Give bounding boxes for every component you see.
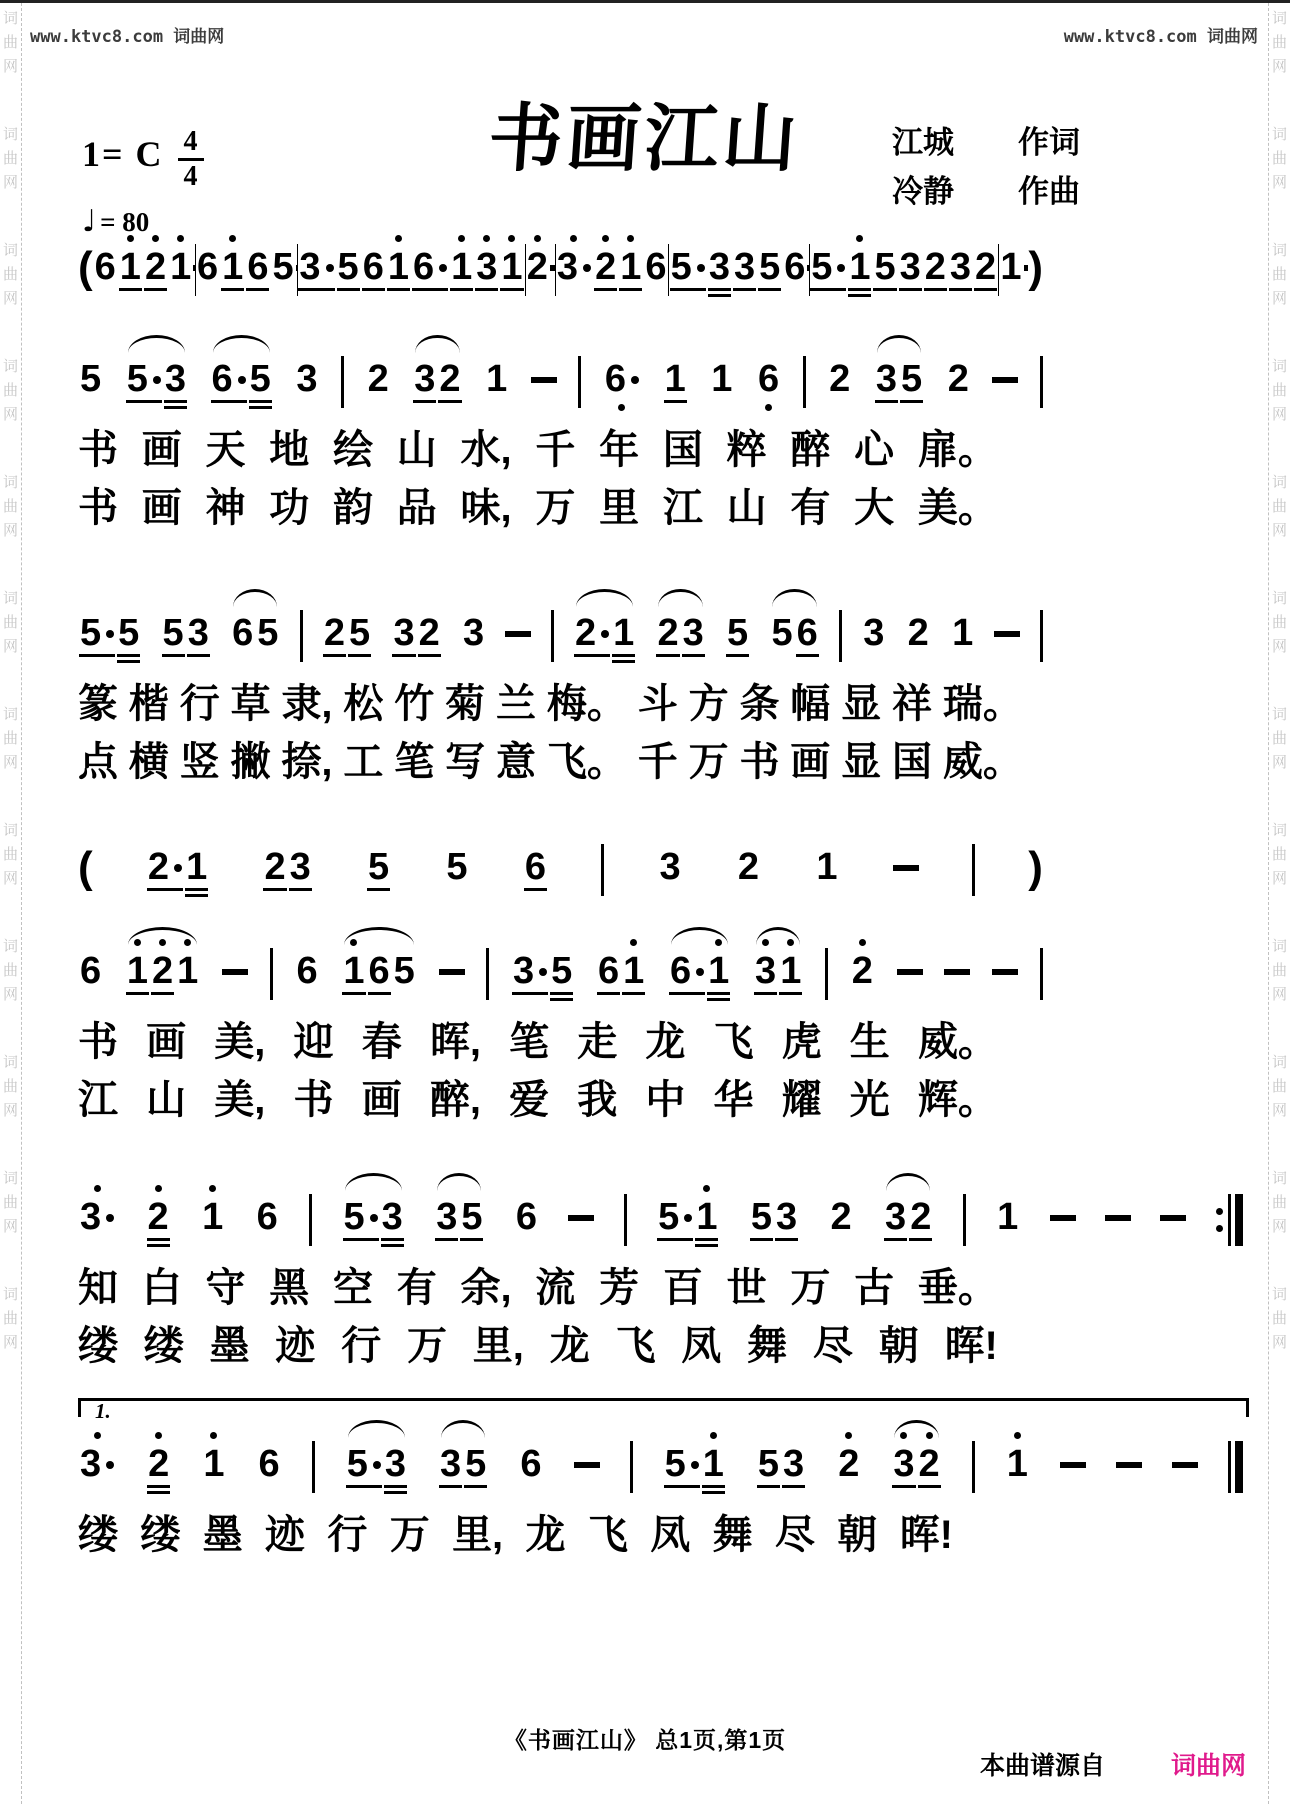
octave-dot-above xyxy=(499,235,524,242)
augmentation-dot xyxy=(837,264,845,272)
watermark-char: 词 xyxy=(1269,1167,1290,1191)
lyric-syllable: 舞 xyxy=(713,1511,753,1559)
watermark-char: 曲 xyxy=(1269,147,1290,171)
slurred-note-group: 65 xyxy=(230,614,280,652)
slurred-note-group: 32 xyxy=(891,1445,941,1483)
first-ending-bracket: 1. xyxy=(78,1398,1249,1417)
note-digit: 1 xyxy=(177,952,198,990)
lyric-syllable: 晖! xyxy=(944,1322,997,1370)
octave-dot-above xyxy=(146,1432,171,1439)
note-digit: 5 xyxy=(250,360,271,398)
watermark-char: 网 xyxy=(0,403,21,427)
watermark-text: 词曲网 xyxy=(0,1167,21,1239)
eighth-underline xyxy=(147,888,183,891)
score-body: (6121616535616131232165335651532321)5536… xyxy=(78,222,1250,1569)
lyric-syllable: 白 xyxy=(142,1264,182,1312)
lyric-syllable: 缕 xyxy=(78,1511,118,1559)
eighth-underline xyxy=(726,654,749,657)
lyrics-line-v3l1: 书画美,迎春晖,笔走龙飞虎生威。 xyxy=(78,1018,998,1066)
note-digit: 6 xyxy=(516,1198,537,1236)
augmentation-dot xyxy=(238,376,246,384)
lyric-syllable: 缕 xyxy=(140,1511,180,1559)
note-digit: 1 xyxy=(952,614,973,652)
meter-denominator: 4 xyxy=(184,163,198,191)
augmentation-dot xyxy=(539,968,547,976)
note-3: 3 xyxy=(861,614,886,652)
sixteenth-underline xyxy=(384,1491,407,1494)
lyric-syllable: 空 xyxy=(333,1264,373,1312)
watermark-char: 词 xyxy=(1269,123,1290,147)
watermark-char: 网 xyxy=(1269,55,1290,79)
note-5: 5 xyxy=(161,614,186,652)
note-6: 6 xyxy=(93,248,118,286)
dot xyxy=(1216,1225,1223,1232)
watermark-char: 词 xyxy=(0,7,21,31)
octave-dot-above xyxy=(891,1432,916,1439)
repeat-end-barline xyxy=(1216,1194,1243,1246)
eighth-underline xyxy=(974,288,997,291)
slur-arc xyxy=(576,589,633,607)
octave-dot-above xyxy=(850,939,875,946)
dot xyxy=(127,235,134,242)
watermark-char: 曲 xyxy=(1269,263,1290,287)
note-digit: 2 xyxy=(657,614,678,652)
note-1: 1 xyxy=(175,952,200,990)
dot xyxy=(703,1185,710,1192)
note-digit: 3 xyxy=(876,360,897,398)
sixteenth-underline xyxy=(185,894,208,897)
note-5: 5 xyxy=(125,360,163,398)
header-watermark-left: www.ktvc8.com 词曲网 xyxy=(30,22,224,47)
sixteenth-underline xyxy=(550,998,573,1001)
dot xyxy=(395,235,402,242)
watermark-char: 词 xyxy=(0,819,21,843)
lyric-syllable: 守 xyxy=(206,1264,246,1312)
lyric-syllable: 工 xyxy=(343,738,383,786)
note-3: 3 xyxy=(474,248,499,286)
dot xyxy=(627,235,634,242)
watermark-text: 词曲网 xyxy=(1269,1167,1290,1239)
watermark-char: 词 xyxy=(1269,471,1290,495)
note-6: 6 xyxy=(514,1198,539,1236)
eighth-underline xyxy=(348,654,371,657)
note-digit: 3 xyxy=(165,360,186,398)
beamed-note-group: 23 xyxy=(262,848,312,886)
music-line-intro: (6121616535616131232165335651532321) xyxy=(78,222,1043,310)
note-digit: 6 xyxy=(797,614,818,652)
eighth-underline xyxy=(435,1238,458,1241)
note-5: 5 xyxy=(756,1445,781,1483)
lyric-syllable: 意 xyxy=(496,738,536,786)
watermark-char: 曲 xyxy=(1269,1191,1290,1215)
thick-bar xyxy=(1235,1194,1243,1246)
watermark-text: 词曲网 xyxy=(1269,819,1290,891)
note-digit: 1 xyxy=(170,248,191,286)
lyric-syllable: 醉 xyxy=(790,426,830,474)
watermark-char: 曲 xyxy=(1269,379,1290,403)
lyric-syllable: 万 xyxy=(535,484,575,532)
watermark-text: 词曲网 xyxy=(1269,703,1290,775)
note-digit: 3 xyxy=(80,1445,101,1483)
note-6: 6 xyxy=(795,614,820,652)
lyric-syllable: 里, xyxy=(452,1511,503,1559)
note-digit: 2 xyxy=(925,248,946,286)
lyric-syllable: 竹 xyxy=(394,680,434,728)
lyric-syllable: 光 xyxy=(850,1076,890,1124)
note-1: 1 xyxy=(449,248,474,286)
watermark-text: 词曲网 xyxy=(0,471,21,543)
watermark-text: 词曲网 xyxy=(0,123,21,195)
eighth-underline xyxy=(924,288,947,291)
note-digit: 6 xyxy=(80,952,101,990)
note-digit: 3 xyxy=(290,848,311,886)
music-line-v2: 555365253232123556321 xyxy=(78,588,1043,676)
dot xyxy=(458,235,465,242)
barline xyxy=(1040,610,1043,662)
note-3: 3 xyxy=(774,1198,799,1236)
lyric-syllable: 竖 xyxy=(180,738,220,786)
slurred-note-group: 53 xyxy=(125,360,188,398)
note-2: 2 xyxy=(366,360,391,398)
beamed-note-group: 35616131 xyxy=(297,248,524,286)
note-3: 3 xyxy=(681,614,706,652)
music-line-vt: 32165335651532321 xyxy=(78,1419,1243,1507)
beamed-note-group: 53 xyxy=(161,614,211,652)
slurred-note-group: 32 xyxy=(412,360,462,398)
dot xyxy=(602,235,609,242)
note-1: 1 xyxy=(341,952,366,990)
note-digit: 5 xyxy=(394,952,415,990)
note-digit: 6 xyxy=(758,360,779,398)
note-digit: 1 xyxy=(203,1445,224,1483)
eighth-underline xyxy=(757,1485,780,1488)
note-digit: 1 xyxy=(696,1198,717,1236)
note-3: 3 xyxy=(891,1445,916,1483)
barline xyxy=(825,948,828,1000)
note-2: 2 xyxy=(146,1198,171,1236)
dot xyxy=(762,939,769,946)
note-digit: 5 xyxy=(80,614,101,652)
watermark-char: 曲 xyxy=(0,727,21,751)
note-3: 3 xyxy=(288,848,313,886)
octave-dot-above xyxy=(175,939,200,946)
dot xyxy=(845,1432,852,1439)
watermark-char: 曲 xyxy=(1269,1307,1290,1331)
dot xyxy=(710,1432,717,1439)
lyric-syllable: 画 xyxy=(362,1076,402,1124)
lyric-syllable: 万 xyxy=(689,738,729,786)
lyric-syllable: 飞 xyxy=(588,1511,628,1559)
eighth-underline xyxy=(682,654,705,657)
lyric-syllable: 朝 xyxy=(837,1511,877,1559)
lyric-syllable: 幅 xyxy=(790,680,830,728)
open-paren: ( xyxy=(78,248,93,288)
note-6: 6 xyxy=(257,1445,282,1483)
eighth-underline xyxy=(384,1485,407,1488)
lyric-syllable: 条 xyxy=(739,680,779,728)
note-digit: 1 xyxy=(997,1198,1018,1236)
eighth-underline xyxy=(144,288,167,291)
sixteenth-underline xyxy=(381,1244,404,1247)
note-3: 3 xyxy=(78,1198,116,1236)
augmentation-dot xyxy=(439,264,447,272)
note-digit: 1 xyxy=(186,848,207,886)
watermark-text: 词曲网 xyxy=(0,355,21,427)
dot xyxy=(177,235,184,242)
watermark-text: 词曲网 xyxy=(1269,7,1290,79)
note-digit: 3 xyxy=(513,952,534,990)
note-digit: 3 xyxy=(80,1198,101,1236)
sixteenth-underline xyxy=(147,1244,170,1247)
continuation-dash xyxy=(1160,1215,1186,1221)
note-6: 6 xyxy=(245,248,270,286)
note-5: 5 xyxy=(809,248,847,286)
note-3: 3 xyxy=(412,360,437,398)
note-2: 2 xyxy=(150,952,175,990)
continuation-dash xyxy=(992,377,1018,383)
lyric-syllable: 晖, xyxy=(430,1018,481,1066)
beamed-note-group: 35 xyxy=(511,952,574,990)
lyric-syllable: 醉, xyxy=(430,1076,481,1124)
dot xyxy=(152,235,159,242)
slur-arc xyxy=(772,589,816,607)
eighth-underline xyxy=(848,288,871,291)
lyric-syllable: 飞 xyxy=(616,1322,656,1370)
eighth-underline xyxy=(438,400,461,403)
note-digit: 2 xyxy=(738,848,759,886)
watermark-text: 词曲网 xyxy=(1269,239,1290,311)
note-digit: 1 xyxy=(1007,1445,1028,1483)
watermark-char: 曲 xyxy=(1269,959,1290,983)
lyric-syllable: 知 xyxy=(78,1264,118,1312)
lyric-syllable: 美, xyxy=(214,1018,265,1066)
lyric-syllable: 韵 xyxy=(333,484,373,532)
dot xyxy=(1216,1208,1223,1215)
lyric-syllable: 书 xyxy=(78,484,118,532)
lyric-syllable: 爱 xyxy=(509,1076,549,1124)
note-digit: 5 xyxy=(465,1445,486,1483)
octave-dot-above xyxy=(593,235,618,242)
note-6: 6 xyxy=(643,248,668,286)
eighth-underline xyxy=(810,288,846,291)
dot xyxy=(209,1185,216,1192)
eighth-underline xyxy=(460,1238,483,1241)
eighth-underline xyxy=(574,654,610,657)
eighth-underline xyxy=(342,992,365,995)
note-digit: 6 xyxy=(363,248,384,286)
slurred-note-group: 53 xyxy=(342,1198,405,1236)
slurred-note-group: 165 xyxy=(341,952,416,990)
lyric-syllable: 里 xyxy=(599,484,639,532)
lyrics-line-v2l2: 点横竖撇捺,工笔写意飞。千万书画显国威。 xyxy=(78,738,1023,786)
slurred-note-group: 21 xyxy=(573,614,636,652)
watermark-text: 词曲网 xyxy=(1269,471,1290,543)
note-1: 1 xyxy=(386,248,411,286)
note-digit: 2 xyxy=(145,248,166,286)
note-1: 1 xyxy=(814,848,839,886)
augmentation-dot xyxy=(106,1214,114,1222)
note-5: 5 xyxy=(663,1445,701,1483)
augmentation-dot xyxy=(697,264,705,272)
octave-dot-above xyxy=(143,235,168,242)
lyric-syllable: 菊 xyxy=(445,680,485,728)
note-6: 6 xyxy=(367,952,392,990)
watermark-char: 词 xyxy=(1269,355,1290,379)
eighth-underline xyxy=(669,992,705,995)
lyric-syllable: 流 xyxy=(535,1264,575,1312)
note-digit: 3 xyxy=(660,848,681,886)
barline xyxy=(551,610,554,662)
lyric-syllable: 笔 xyxy=(509,1018,549,1066)
lyric-syllable: 山 xyxy=(397,426,437,474)
watermark-char: 曲 xyxy=(0,495,21,519)
continuation-dash xyxy=(1172,1462,1198,1468)
eighth-underline xyxy=(289,888,312,891)
source-brand: 词曲网 xyxy=(1171,1746,1246,1782)
lyric-syllable: 黑 xyxy=(269,1264,309,1312)
watermark-char: 网 xyxy=(1269,171,1290,195)
watermark-text: 词曲网 xyxy=(1269,935,1290,1007)
lyric-syllable: 品 xyxy=(397,484,437,532)
note-1: 1 xyxy=(499,248,524,286)
note-5: 5 xyxy=(270,248,295,286)
watermark-char: 词 xyxy=(1269,819,1290,843)
continuation-dash xyxy=(1105,1215,1131,1221)
eighth-underline xyxy=(657,1238,693,1241)
eighth-underline xyxy=(119,288,142,291)
eighth-underline xyxy=(707,992,730,995)
lyric-syllable: 飞 xyxy=(714,1018,754,1066)
watermark-char: 网 xyxy=(0,635,21,659)
lyric-syllable: 显 xyxy=(841,738,881,786)
composer-role: 作曲 xyxy=(1018,167,1080,216)
lyric-syllable: 美。 xyxy=(918,484,998,532)
note-2: 2 xyxy=(146,848,184,886)
note-1: 1 xyxy=(995,1198,1020,1236)
lyric-syllable: 墨 xyxy=(210,1322,250,1370)
lyric-syllable: 画 xyxy=(142,484,182,532)
lyric-syllable: 扉。 xyxy=(918,426,998,474)
note-1: 1 xyxy=(125,952,150,990)
note-digit: 5 xyxy=(551,952,572,990)
augmentation-dot xyxy=(601,630,609,638)
note-digit: 5 xyxy=(874,248,895,286)
note-digit: 5 xyxy=(446,848,467,886)
barline xyxy=(839,610,842,662)
watermark-text: 词曲网 xyxy=(0,239,21,311)
watermark-char: 词 xyxy=(1269,587,1290,611)
octave-dot-above xyxy=(200,1185,225,1192)
augmentation-dot xyxy=(326,264,334,272)
watermark-char: 词 xyxy=(1269,239,1290,263)
octave-dot-above xyxy=(753,939,778,946)
eighth-underline xyxy=(381,1238,404,1241)
eighth-underline xyxy=(512,992,548,995)
note-2: 2 xyxy=(836,1445,861,1483)
note-digit: 2 xyxy=(919,1445,940,1483)
note-digit: 5 xyxy=(127,360,148,398)
note-digit: 6 xyxy=(212,360,233,398)
note-5: 5 xyxy=(392,952,417,990)
augmentation-dot xyxy=(583,264,591,272)
lyric-syllable: 缕 xyxy=(78,1322,118,1370)
note-digit: 3 xyxy=(950,248,971,286)
note-digit: 5 xyxy=(118,614,139,652)
note-1: 1 xyxy=(611,614,636,652)
note-1: 1 xyxy=(201,1445,226,1483)
watermark-char: 网 xyxy=(1269,519,1290,543)
slurred-note-group: 61 xyxy=(668,952,731,990)
eighth-underline xyxy=(754,992,777,995)
watermark-char: 网 xyxy=(1269,287,1290,311)
note-3: 3 xyxy=(511,952,549,990)
note-6: 6 xyxy=(255,1198,280,1236)
slurred-note-group: 32 xyxy=(883,1198,933,1236)
lyricist-name: 江城 xyxy=(892,118,988,167)
lyric-syllable: 斗 xyxy=(638,680,678,728)
octave-dot-below xyxy=(603,404,641,411)
note-5: 5 xyxy=(342,1198,380,1236)
eighth-underline xyxy=(126,992,149,995)
dot xyxy=(134,939,141,946)
lyric-syllable: 点 xyxy=(78,738,118,786)
octave-dot-above xyxy=(125,939,150,946)
watermark-char: 词 xyxy=(0,1283,21,1307)
note-1: 1 xyxy=(118,248,143,286)
note-digit: 6 xyxy=(95,248,116,286)
note-digit: 1 xyxy=(1000,248,1021,286)
lyrics-line-vtl1: 缕缕墨迹行万里,龙飞凤舞尽朝晖! xyxy=(78,1511,953,1559)
octave-dot-above xyxy=(150,939,175,946)
note-digit: 5 xyxy=(461,1198,482,1236)
watermark-char: 网 xyxy=(1269,867,1290,891)
eighth-underline xyxy=(758,288,781,291)
lyric-syllable: 草 xyxy=(231,680,271,728)
note-digit: 3 xyxy=(734,248,755,286)
eighth-underline xyxy=(500,288,523,291)
barline xyxy=(630,1441,633,1493)
lyricist-credit: 江城 作词 xyxy=(892,118,1080,167)
octave-dot-above xyxy=(555,235,593,242)
note-digit: 2 xyxy=(829,360,850,398)
note-digit: 1 xyxy=(816,848,837,886)
eighth-underline xyxy=(695,1238,718,1241)
note-digit: 3 xyxy=(776,1198,797,1236)
lyrics-line-v4l1: 知白守黑空有余,流芳百世万古垂。 xyxy=(78,1264,998,1312)
note-6: 6 xyxy=(195,248,220,286)
eighth-underline xyxy=(702,1485,725,1488)
note-1: 1 xyxy=(998,248,1023,286)
lyric-syllable: 大 xyxy=(854,484,894,532)
lyric-syllable: 迎 xyxy=(294,1018,334,1066)
lyric-syllable: 威。 xyxy=(918,1018,998,1066)
note-6: 6 xyxy=(523,848,548,886)
lyrics-line-v1l2: 书画神功韵品味,万里江山有大美。 xyxy=(78,484,998,532)
barline xyxy=(624,1194,627,1246)
note-2: 2 xyxy=(146,1445,171,1483)
lyric-syllable: 显 xyxy=(841,680,881,728)
watermark-text: 词曲网 xyxy=(1269,1283,1290,1355)
barline xyxy=(312,1441,315,1493)
note-6: 6 xyxy=(782,248,807,286)
octave-dot-above xyxy=(220,235,245,242)
eighth-underline xyxy=(151,992,174,995)
note-1: 1 xyxy=(663,360,688,398)
note-digit: 2 xyxy=(908,614,929,652)
note-5: 5 xyxy=(656,1198,694,1236)
watermark-text: 词曲网 xyxy=(1269,1051,1290,1123)
sixteenth-underline xyxy=(147,1491,170,1494)
